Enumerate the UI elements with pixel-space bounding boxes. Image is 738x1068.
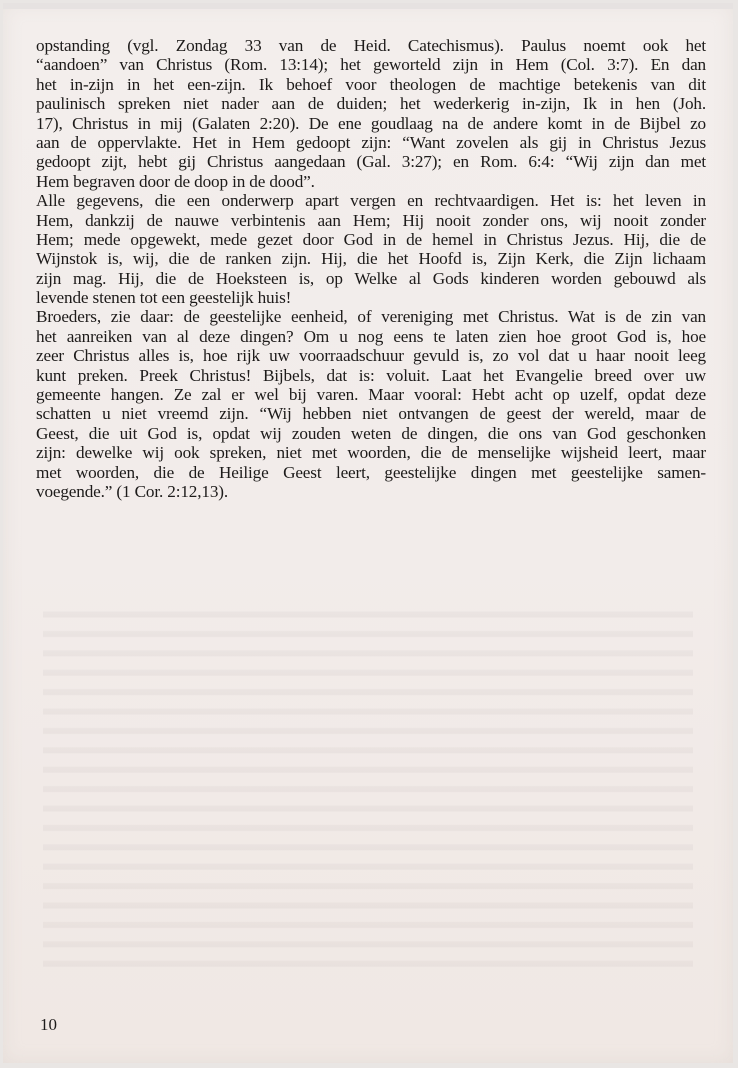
text-line: Alle gegevens, die een onderwerp apart v… xyxy=(36,191,706,210)
text-line: “aandoen” van Christus (Rom. 13:14); het… xyxy=(36,55,706,74)
text-line: 17), Christus in mij (Galaten 2:20). De … xyxy=(36,114,706,133)
text-line: opstanding (vgl. Zondag 33 van de Heid. … xyxy=(36,36,706,55)
page-top-edge xyxy=(3,3,733,9)
text-line: gedoopt zijt, hebt gij Christus aangedaa… xyxy=(36,152,706,171)
text-line: het aanreiken van al deze dingen? Om u n… xyxy=(36,327,706,346)
text-line: levende stenen tot een geestelijk huis! xyxy=(36,288,706,307)
text-line: voegende.” (1 Cor. 2:12,13). xyxy=(36,482,706,501)
page-number: 10 xyxy=(40,1015,57,1035)
text-line: Hem begraven door de doop in de dood”. xyxy=(36,172,706,191)
body-text: opstanding (vgl. Zondag 33 van de Heid. … xyxy=(36,36,706,501)
text-line: gemeente hangen. Ze zal er wel bij varen… xyxy=(36,385,706,404)
text-line: Hem; mede opgewekt, mede gezet door God … xyxy=(36,230,706,249)
text-line: Geest, die uit God is, opdat wij zouden … xyxy=(36,424,706,443)
text-line: Broeders, zie daar: de geestelijke eenhe… xyxy=(36,307,706,326)
text-line: Hem, dankzij de nauwe verbintenis aan He… xyxy=(36,211,706,230)
text-line: zeer Christus alles is, hoe rijk uw voor… xyxy=(36,346,706,365)
text-line: zijn mag. Hij, die de Hoeksteen is, op W… xyxy=(36,269,706,288)
bleed-through-text xyxy=(43,603,693,973)
text-line: aan de oppervlakte. Het in Hem gedoopt z… xyxy=(36,133,706,152)
text-line: het in-zijn in het een-zijn. Ik behoef v… xyxy=(36,75,706,94)
text-line: schatten u niet vreemd zijn. “Wij hebben… xyxy=(36,404,706,423)
text-line: Wijnstok is, wij, die de ranken zijn. Hi… xyxy=(36,249,706,268)
text-line: met woorden, die de Heilige Geest leert,… xyxy=(36,463,706,482)
text-line: paulinisch spreken niet nader aan de dui… xyxy=(36,94,706,113)
book-page: opstanding (vgl. Zondag 33 van de Heid. … xyxy=(3,3,733,1063)
text-line: zijn: dewelke wij ook spreken, niet met … xyxy=(36,443,706,462)
text-line: kunt preken. Preek Christus! Bijbels, da… xyxy=(36,366,706,385)
